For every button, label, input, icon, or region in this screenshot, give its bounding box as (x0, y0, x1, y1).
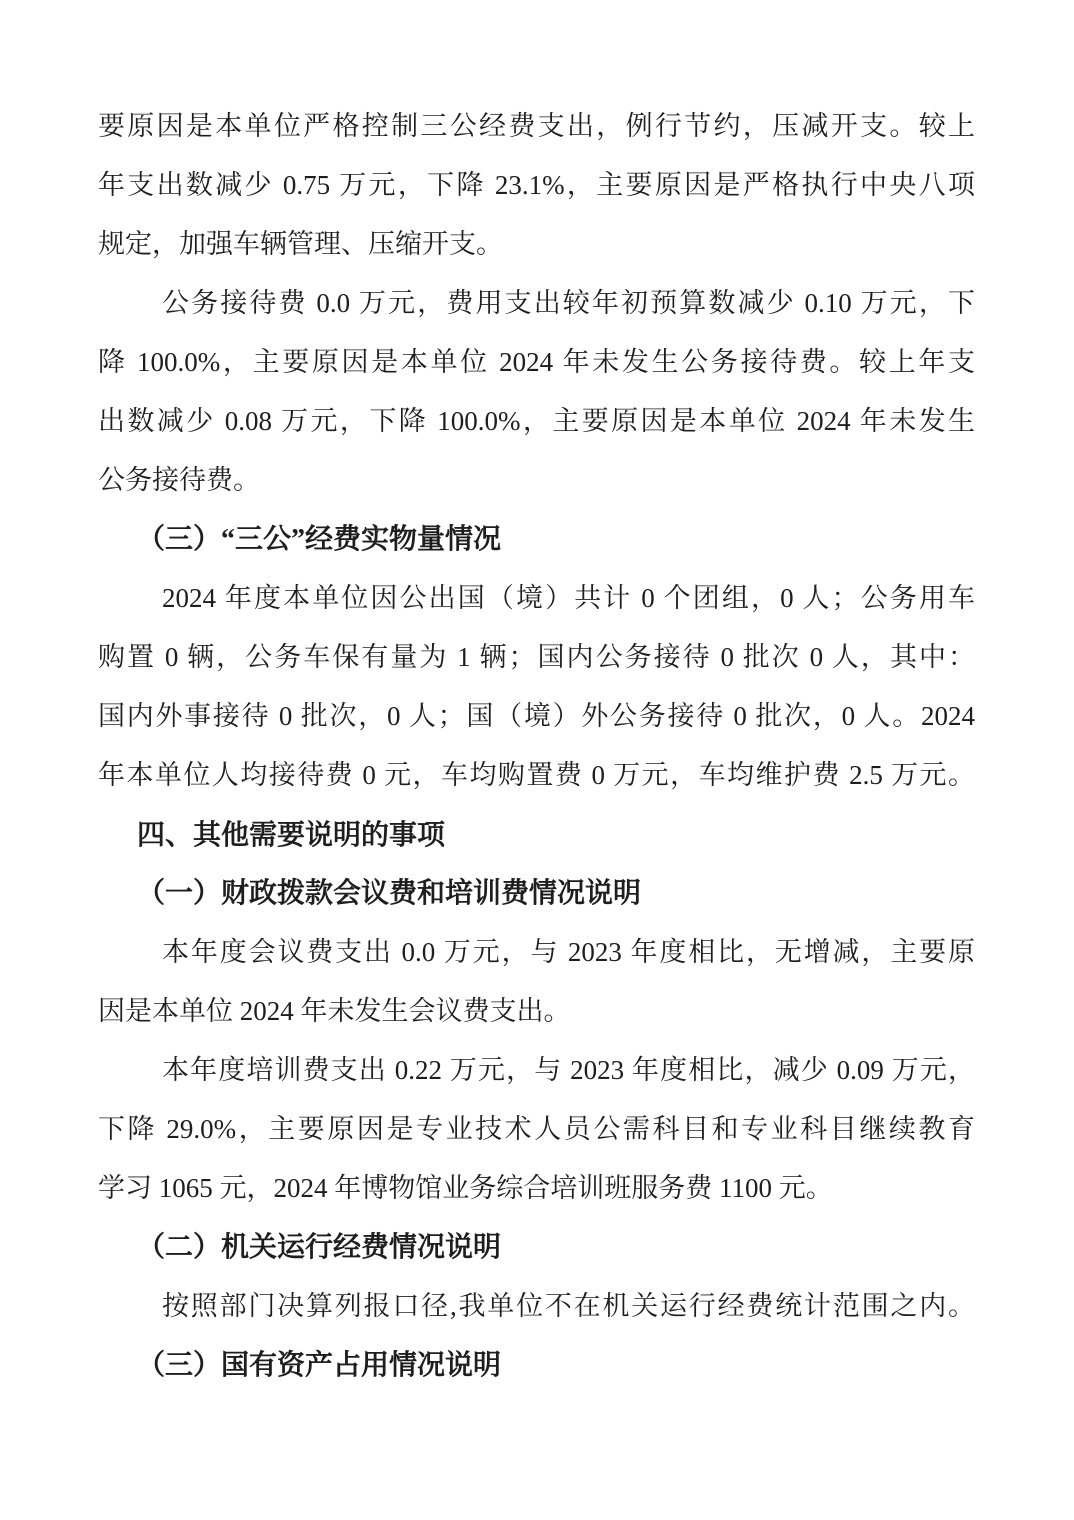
body-text-line: 按照部门决算列报口径,我单位不在机关运行经费统计范围之内。 (98, 1277, 975, 1336)
body-text-line: 学习 1065 元，2024 年博物馆业务综合培训班服务费 1100 元。 (98, 1159, 975, 1218)
body-text-line: 年支出数减少 0.75 万元，下降 23.1%，主要原因是严格执行中央八项 (98, 156, 975, 215)
document-body: 要原因是本单位严格控制三公经费支出，例行节约，压减开支。较上年支出数减少 0.7… (98, 97, 975, 1395)
body-text-line: 本年度会议费支出 0.0 万元，与 2023 年度相比，无增减，主要原 (98, 923, 975, 982)
body-text-line: 2024 年度本单位因公出国（境）共计 0 个团组，0 人；公务用车 (98, 569, 975, 628)
body-text-line: 公务接待费。 (98, 451, 975, 510)
subsection-heading: （一）财政拨款会议费和培训费情况说明 (98, 864, 975, 923)
subsection-heading: （三）国有资产占用情况说明 (98, 1336, 975, 1395)
body-text-line: 年本单位人均接待费 0 元，车均购置费 0 万元，车均维护费 2.5 万元。 (98, 746, 975, 805)
body-text-line: 因是本单位 2024 年未发生会议费支出。 (98, 982, 975, 1041)
body-text-line: 公务接待费 0.0 万元，费用支出较年初预算数减少 0.10 万元，下 (98, 274, 975, 333)
body-text-line: 国内外事接待 0 批次，0 人；国（境）外公务接待 0 批次，0 人。2024 (98, 687, 975, 746)
subsection-heading: （二）机关运行经费情况说明 (98, 1218, 975, 1277)
document-page: 要原因是本单位严格控制三公经费支出，例行节约，压减开支。较上年支出数减少 0.7… (0, 0, 1074, 1520)
body-text-line: 要原因是本单位严格控制三公经费支出，例行节约，压减开支。较上 (98, 97, 975, 156)
section-heading: 四、其他需要说明的事项 (98, 805, 975, 864)
body-text-line: 下降 29.0%，主要原因是专业技术人员公需科目和专业科目继续教育 (98, 1100, 975, 1159)
body-text-line: 本年度培训费支出 0.22 万元，与 2023 年度相比，减少 0.09 万元， (98, 1041, 975, 1100)
body-text-line: 规定，加强车辆管理、压缩开支。 (98, 215, 975, 274)
body-text-line: 出数减少 0.08 万元，下降 100.0%，主要原因是本单位 2024 年未发… (98, 392, 975, 451)
body-text-line: 购置 0 辆，公务车保有量为 1 辆；国内公务接待 0 批次 0 人，其中： (98, 628, 975, 687)
subsection-heading: （三）“三公”经费实物量情况 (98, 510, 975, 569)
body-text-line: 降 100.0%，主要原因是本单位 2024 年未发生公务接待费。较上年支 (98, 333, 975, 392)
